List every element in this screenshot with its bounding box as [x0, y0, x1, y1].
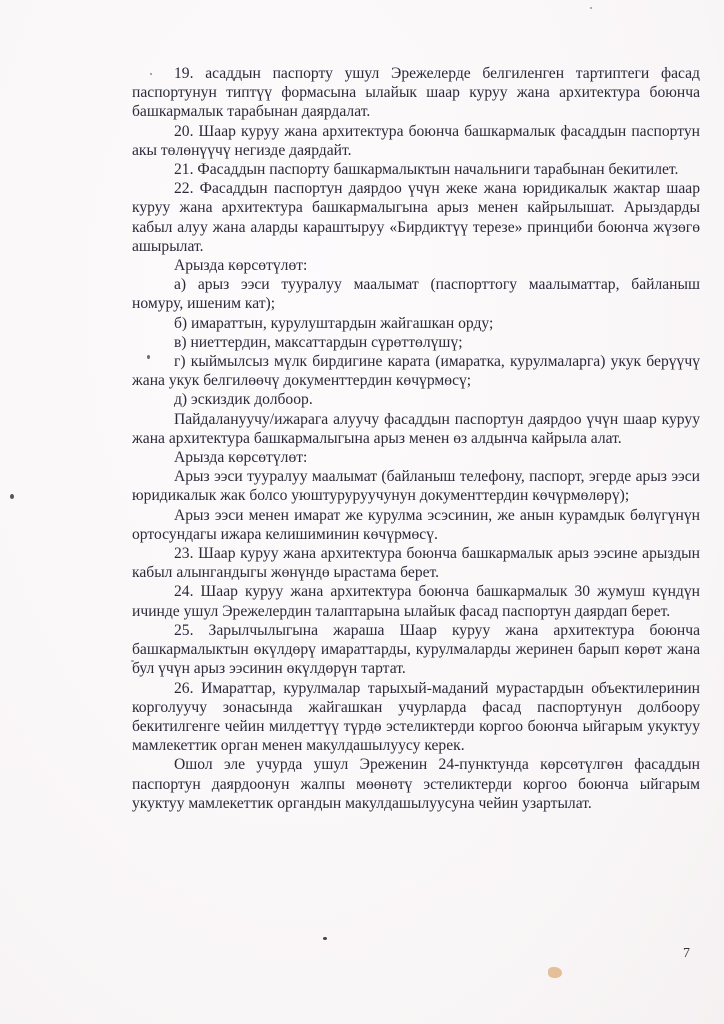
- paragraph-23: 23. Шаар куруу жана архитектура боюнча б…: [132, 544, 700, 582]
- list-item-g: г) кыймылсыз мүлк бирдигине карата (имар…: [132, 352, 700, 390]
- scan-speck: [131, 660, 134, 662]
- list-heading-2: Арызда көрсөтүлөт:: [132, 448, 700, 467]
- scan-stain: [548, 967, 562, 978]
- paragraph-21: 21. Фасаддын паспорту башкармалыктын нач…: [132, 160, 700, 179]
- paragraph-22: 22. Фасаддын паспортун даярдоо үчүн жеке…: [132, 179, 700, 256]
- applicant-info-paragraph: Арыз ээси тууралуу маалымат (байланыш те…: [132, 467, 700, 505]
- paragraph-19: 19. асаддын паспорту ушул Эрежелерде бел…: [132, 64, 700, 122]
- scan-speck: [590, 7, 592, 9]
- closing-paragraph: Ошол эле учурда ушул Эреженин 24-пунктун…: [132, 755, 700, 813]
- list-heading: Арызда көрсөтүлөт:: [132, 256, 700, 275]
- list-item-v: в) ниеттердин, максаттардын сүрөттөлүшү;: [132, 333, 700, 352]
- scan-speck: [147, 355, 150, 359]
- list-item-a: а) арыз ээси тууралуу маалымат (паспортт…: [132, 275, 700, 313]
- scanned-page: 19. асаддын паспорту ушул Эрежелерде бел…: [0, 0, 724, 1024]
- scan-speck: [323, 937, 327, 940]
- lease-copy-paragraph: Арыз ээси менен имарат же курулма эсэсин…: [132, 506, 700, 544]
- scan-speck: [10, 494, 14, 499]
- paragraph-25: 25. Зарылчылыгына жараша Шаар куруу жана…: [132, 621, 700, 679]
- scan-speck: [150, 73, 152, 75]
- page-number: 7: [683, 946, 690, 962]
- list-item-b: б) имараттын, курулуштардын жайгашкан ор…: [132, 314, 700, 333]
- document-body: 19. асаддын паспорту ушул Эрежелерде бел…: [132, 64, 700, 813]
- tenant-paragraph: Пайдалануучу/ижарага алуучу фасаддын пас…: [132, 410, 700, 448]
- paragraph-20: 20. Шаар куруу жана архитектура боюнча б…: [132, 122, 700, 160]
- paragraph-24: 24. Шаар куруу жана архитектура боюнча б…: [132, 582, 700, 620]
- paragraph-26: 26. Имараттар, курулмалар тарыхый-мадани…: [132, 679, 700, 756]
- list-item-d: д) эскиздик долбоор.: [132, 390, 700, 409]
